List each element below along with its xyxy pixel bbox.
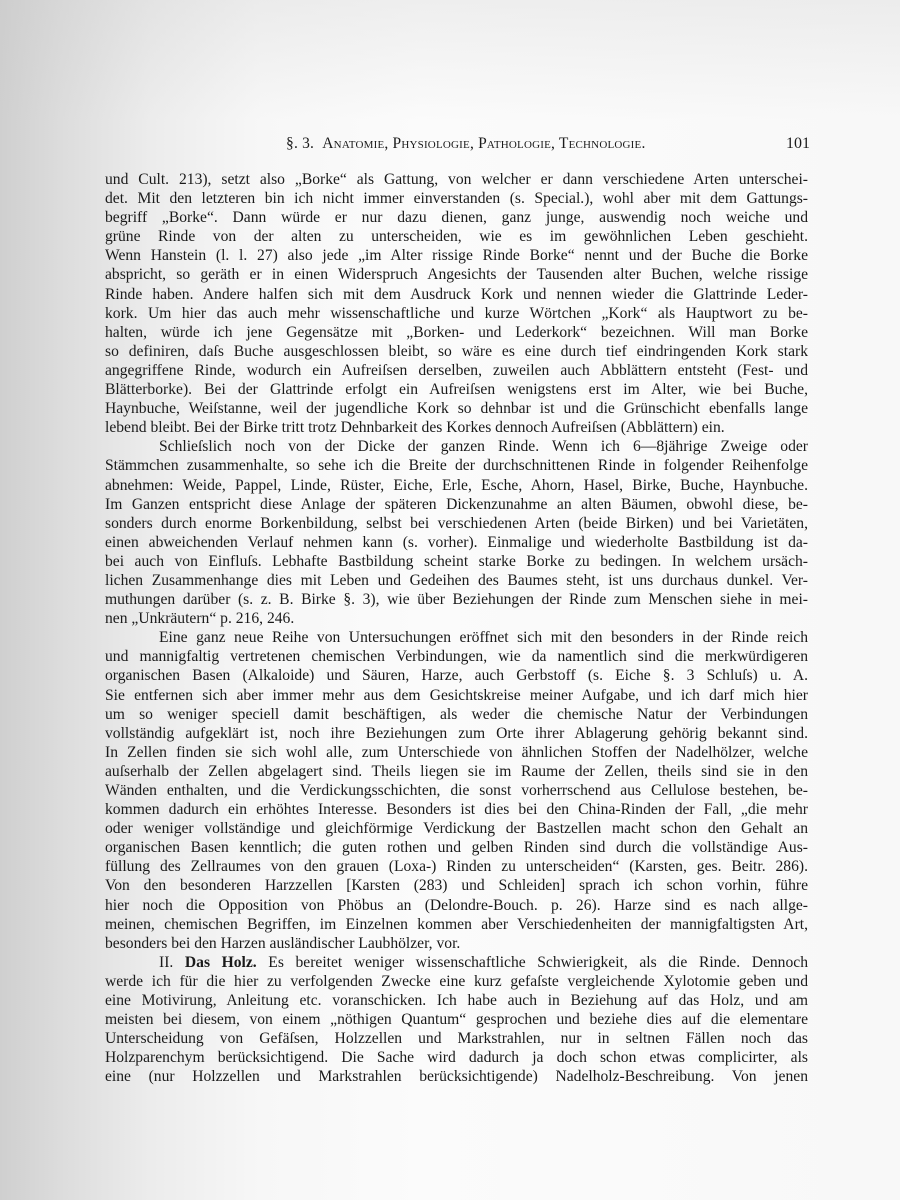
text-line: organischen Basen kenntlich; die guten r… [105, 838, 808, 857]
text-line: und mannigfaltig vertretenen chemischen … [105, 647, 808, 666]
running-header: §. 3. Anatomie, Physiologie, Pathologie,… [108, 135, 808, 155]
text-line: Stämmchen zusammenhalte, so sehe ich die… [105, 456, 808, 475]
text-line: lebend bleibt. Bei der Birke tritt trotz… [105, 418, 808, 437]
text-line: Im Ganzen entspricht diese Anlage der sp… [105, 495, 808, 514]
text-line: Eine ganz neue Reihe von Untersuchungen … [105, 628, 808, 647]
text-line: sonders durch enorme Borkenbildung, selb… [105, 514, 808, 533]
text-line: auſserhalb der Zellen abgelagert sind. T… [105, 762, 808, 781]
text-line: um so weniger speciell damit beschäftige… [105, 705, 808, 724]
body-text: und Cult. 213), setzt also „Borke“ als G… [105, 170, 808, 1087]
text-line: muthungen darüber (s. z. B. Birke §. 3),… [105, 590, 808, 609]
section-number-ii: II. [159, 954, 185, 971]
text-line: Wenn Hanstein (l. l. 27) also jede „im A… [105, 246, 808, 265]
text-line: det. Mit den letzteren bin ich nicht imm… [105, 189, 808, 208]
text-line: Unterscheidung von Gefäſsen, Holzzellen … [105, 1029, 808, 1048]
chapter-title: Anatomie, Physiologie, Pathologie, Techn… [322, 135, 645, 152]
paragraph-chemical-compounds: Eine ganz neue Reihe von Untersuchungen … [105, 628, 808, 953]
text-line: In Zellen finden sie sich wohl alle, zum… [105, 743, 808, 762]
text-line: Rinde haben. Andere halfen sich mit dem … [105, 285, 808, 304]
text-line: so definiren, daſs Buche ausgeschlossen … [105, 342, 808, 361]
text-line: Sie entfernen sich aber immer mehr aus d… [105, 686, 808, 705]
text-line: grüne Rinde von der alten zu unterscheid… [105, 227, 808, 246]
section-heading-line: II. Das Holz. Es bereitet weniger wissen… [105, 953, 808, 972]
paragraph-bark-definition: und Cult. 213), setzt also „Borke“ als G… [105, 170, 808, 437]
page-shading [0, 0, 900, 120]
paragraph-das-holz: II. Das Holz. Es bereitet weniger wissen… [105, 953, 808, 1087]
text-line: nen „Unkräutern“ p. 216, 246. [105, 609, 808, 628]
text-line: Wänden enthalten, und die Verdickungssch… [105, 781, 808, 800]
text-line: abspricht, so geräth er in einen Widersp… [105, 265, 808, 284]
page-number: 101 [786, 135, 810, 153]
section-number: §. 3. [286, 135, 314, 152]
text-line: oder weniger vollständige und gleichförm… [105, 819, 808, 838]
text-line: meisten bei diesem, von einem „nöthigen … [105, 1010, 808, 1029]
text-line: und Cult. 213), setzt also „Borke“ als G… [105, 170, 808, 189]
text-line: einen abweichenden Verlauf nehmen kann (… [105, 533, 808, 552]
section-heading-das-holz: Das Holz. [185, 954, 257, 971]
text-line: bei auch von Einfluſs. Lebhafte Bastbild… [105, 552, 808, 571]
text-line: begriff „Borke“. Dann würde er nur dazu … [105, 208, 808, 227]
text-line: lichen Zusammenhange dies mit Leben und … [105, 571, 808, 590]
text-line: kork. Um hier das auch mehr wissenschaft… [105, 304, 808, 323]
text-line: angegriffene Rinde, wodurch ein Aufreiſs… [105, 361, 808, 380]
text-line: eine Motivirung, Anleitung etc. voransch… [105, 991, 808, 1010]
text-line: halten, würde ich jene Gegensätze mit „B… [105, 323, 808, 342]
text-line: kommen dadurch ein erhöhtes Interesse. B… [105, 800, 808, 819]
text-line: abnehmen: Weide, Pappel, Linde, Rüster, … [105, 476, 808, 495]
text-line: Blätterborke). Bei der Glattrinde erfolg… [105, 380, 808, 399]
text-line: organischen Basen (Alkaloide) und Säuren… [105, 666, 808, 685]
text-line: werde ich für die hier zu verfolgenden Z… [105, 972, 808, 991]
text-line: Von den besonderen Harzzellen [Karsten (… [105, 876, 808, 895]
text-line: meinen, chemischen Begriffen, im Einzeln… [105, 915, 808, 934]
text-line: besonders bei den Harzen ausländischer L… [105, 934, 808, 953]
text-line: eine (nur Holzzellen und Markstrahlen be… [105, 1067, 808, 1086]
text-line: hier noch die Opposition von Phöbus an (… [105, 896, 808, 915]
paragraph-bark-thickness: Schlieſslich noch von der Dicke der ganz… [105, 437, 808, 628]
text-line: Haynbuche, Weiſstanne, weil der jugendli… [105, 399, 808, 418]
running-header-title: §. 3. Anatomie, Physiologie, Pathologie,… [286, 135, 646, 153]
text-line: Holzparenchym berücksichtigend. Die Sach… [105, 1048, 808, 1067]
text-line: Schlieſslich noch von der Dicke der ganz… [105, 437, 808, 456]
text-line: vollständig aufgeklärt ist, noch ihre Be… [105, 724, 808, 743]
text-line: füllung des Zellraumes von den grauen (L… [105, 857, 808, 876]
